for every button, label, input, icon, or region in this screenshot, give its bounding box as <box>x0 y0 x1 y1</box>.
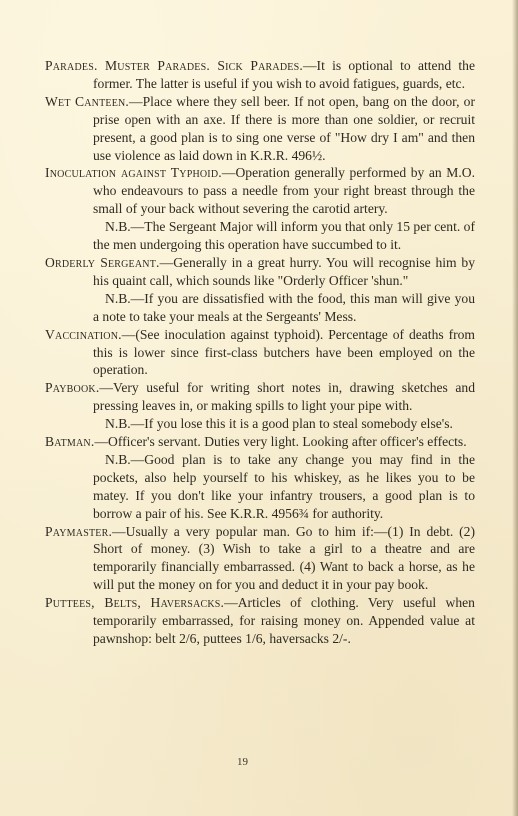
entry-paymaster: Paymaster.—Usually a very popular man. G… <box>45 523 475 595</box>
entry-paybook: Paybook.—Very useful for writing short n… <box>45 379 475 415</box>
entry-orderly-sergeant: Orderly Sergeant.—Generally in a great h… <box>45 254 475 290</box>
entry-definition: —Very useful for writing short notes in,… <box>93 380 475 413</box>
entry-definition: —Officer's servant. Duties very light. L… <box>94 434 466 449</box>
entry-note: N.B.—The Sergeant Major will inform you … <box>45 218 475 254</box>
entry-definition: —Usually a very popular man. Go to him i… <box>93 524 475 593</box>
entry-inoculation: Inoculation against Typhoid.—Operation g… <box>45 164 475 218</box>
entry-headword: Inoculation against Typhoid. <box>45 165 222 180</box>
entry-definition: —(See inoculation against typhoid). Perc… <box>93 327 475 378</box>
page-number: 19 <box>0 756 485 768</box>
entry-puttees-belts-haversacks: Puttees, Belts, Haversacks.—Articles of … <box>45 594 475 648</box>
entry-headword: Vaccination. <box>45 327 122 342</box>
entry-parades: Parades. Muster Parades. Sick Parades.—I… <box>45 57 475 93</box>
entry-batman: Batman.—Officer's servant. Duties very l… <box>45 433 475 451</box>
entry-headword: Paybook. <box>45 380 99 395</box>
entry-headword: Puttees, Belts, Haversacks. <box>45 595 224 610</box>
entry-headword: Wet Canteen. <box>45 94 129 109</box>
entry-headword: Parades. Muster Parades. Sick Parades. <box>45 58 303 73</box>
entry-headword: Batman. <box>45 434 94 449</box>
entry-wet-canteen: Wet Canteen.—Place where they sell beer.… <box>45 93 475 165</box>
entry-note: N.B.—If you are dissatisfied with the fo… <box>45 290 475 326</box>
entry-definition: —Place where they sell beer. If not open… <box>93 94 475 163</box>
entry-note: N.B.—Good plan is to take any change you… <box>45 451 475 523</box>
book-page: Parades. Muster Parades. Sick Parades.—I… <box>0 0 518 816</box>
entry-note: N.B.—If you lose this it is a good plan … <box>45 415 475 433</box>
entry-headword: Paymaster. <box>45 524 112 539</box>
entry-headword: Orderly Sergeant. <box>45 255 160 270</box>
glossary-text: Parades. Muster Parades. Sick Parades.—I… <box>45 57 475 648</box>
entry-vaccination: Vaccination.—(See inoculation against ty… <box>45 326 475 380</box>
